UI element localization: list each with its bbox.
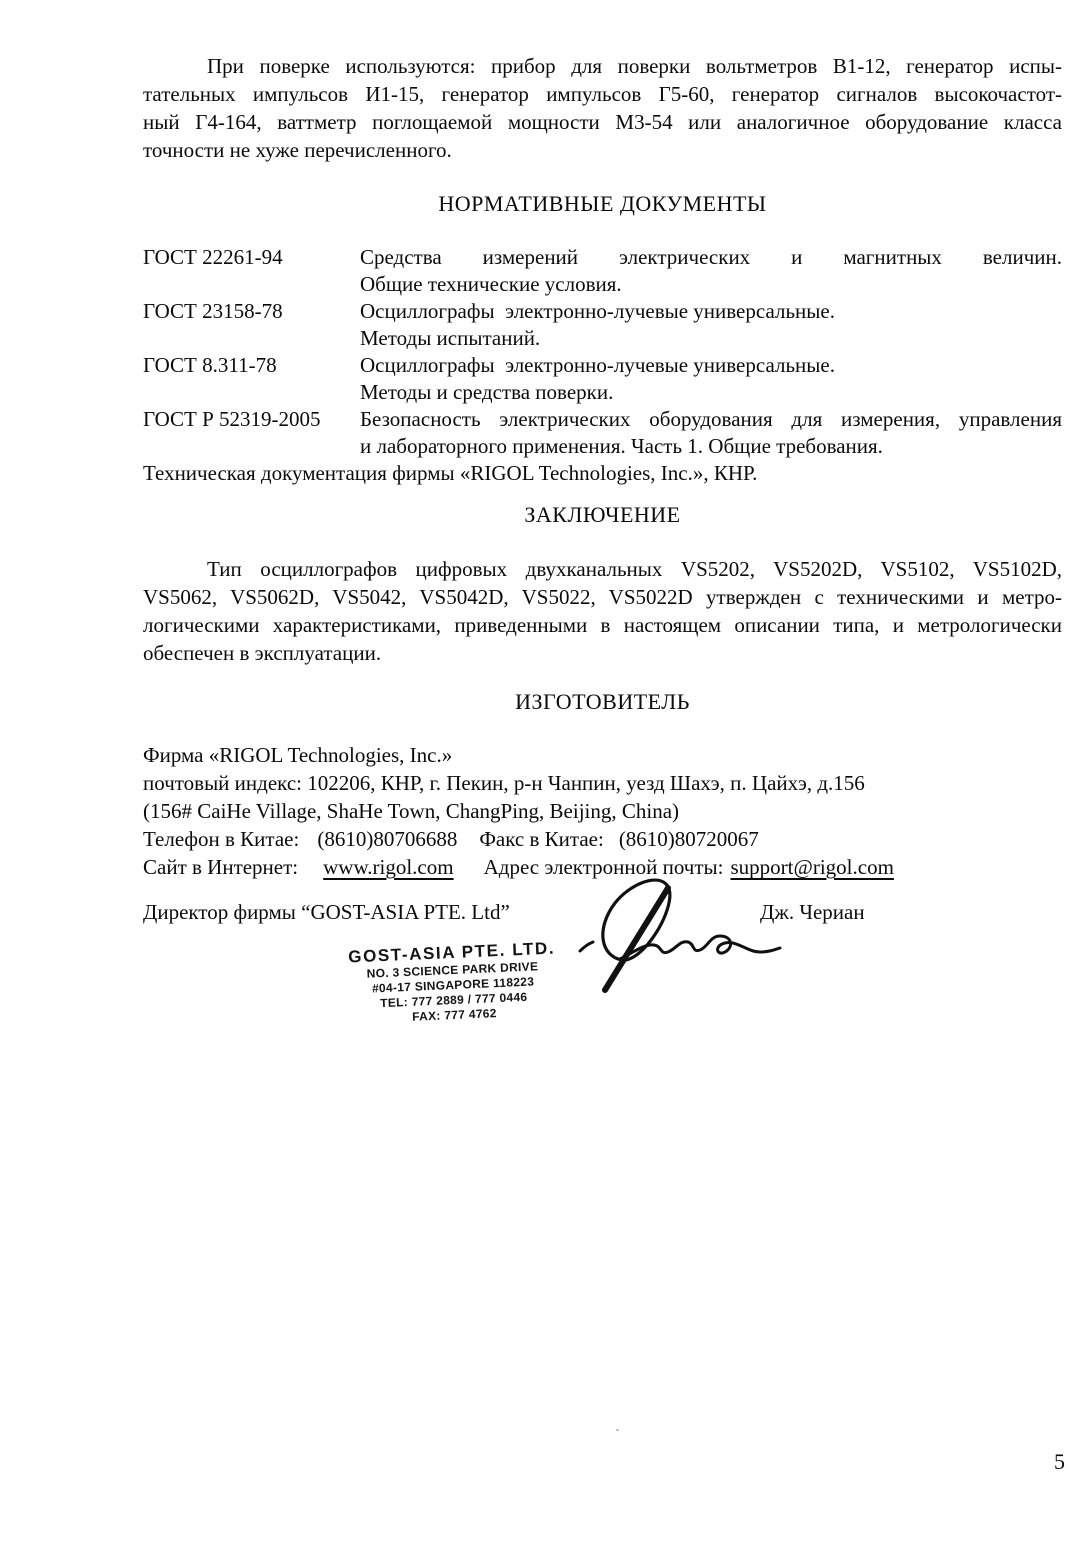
gost-description-line: и лабораторного применения. Часть 1. Общ… [360,433,1062,460]
fax-number: (8610)80720067 [619,827,759,851]
gost-row: ГОСТ Р 52319-2005 Безопасность электриче… [143,406,1062,460]
gost-description-line: Методы и средства поверки. [360,379,1062,406]
paragraph-line: обеспечен в эксплуатации. [143,639,1062,667]
normative-documents-table: ГОСТ 22261-94 Средства измерений электри… [143,244,1062,487]
website-link[interactable]: www.rigol.com [323,855,453,879]
technical-documentation-line: Техническая документация фирмы «RIGOL Te… [143,460,1062,487]
page-number: 5 [1054,1448,1065,1476]
document-content: При поверке используются: прибор для пов… [143,52,1062,926]
phone-number: (8610)80706688 [317,827,457,851]
gost-code: ГОСТ Р 52319-2005 [143,406,360,460]
paragraph-line: ный Г4-164, ваттметр поглощаемой мощност… [143,108,1062,136]
document-page: При поверке используются: прибор для пов… [0,0,1086,1560]
manufacturer-heading: ИЗГОТОВИТЕЛЬ [143,688,1062,716]
paragraph-line: логическими характеристиками, приведенны… [143,611,1062,639]
gost-code: ГОСТ 22261-94 [143,244,360,298]
gost-description-line: Общие технические условия. [360,271,1062,298]
gost-description-line: Методы испытаний. [360,325,1062,352]
english-address-line: (156# CaiHe Village, ShaHe Town, ChangPi… [143,797,1062,825]
scan-speck [616,1429,619,1431]
director-title: Директор фирмы “GOST-ASIA PTE. Ltd” [143,900,510,924]
gost-description: Средства измерений электрических и магни… [360,244,1062,298]
gost-description: Безопасность электрических оборудования … [360,406,1062,460]
gost-description-line: Осциллографы электронно-лучевые универса… [360,352,1062,379]
conclusion-heading: ЗАКЛЮЧЕНИЕ [143,501,1062,529]
intro-paragraph: При поверке используются: прибор для пов… [143,52,1062,164]
gost-description: Осциллографы электронно-лучевые универса… [360,352,1062,406]
company-name-line: Фирма «RIGOL Technologies, Inc.» [143,741,1062,769]
phone-label: Телефон в Китае: [143,827,299,851]
paragraph-line: При поверке используются: прибор для пов… [143,52,1062,80]
conclusion-paragraph: Тип осциллографов цифровых двухканальных… [143,555,1062,667]
paragraph-line: Тип осциллографов цифровых двухканальных… [143,555,1062,583]
signature-scribble [560,868,790,1003]
normative-documents-heading: НОРМАТИВНЫЕ ДОКУМЕНТЫ [143,190,1062,218]
gost-row: ГОСТ 22261-94 Средства измерений электри… [143,244,1062,298]
manufacturer-block: Фирма «RIGOL Technologies, Inc.» почтовы… [143,741,1062,881]
gost-description-line: Средства измерений электрических и магни… [360,244,1062,271]
company-stamp: GOST-ASIA PTE. LTD. NO. 3 SCIENCE PARK D… [341,937,564,1028]
gost-row: ГОСТ 8.311-78 Осциллографы электронно-лу… [143,352,1062,406]
gost-code: ГОСТ 23158-78 [143,298,360,352]
paragraph-line: тательных импульсов И1-15, генератор имп… [143,80,1062,108]
paragraph-line: точности не хуже перечисленного. [143,136,1062,164]
postal-address-line: почтовый индекс: 102206, КНР, г. Пекин, … [143,769,1062,797]
gost-description-line: Осциллографы электронно-лучевые универса… [360,298,1062,325]
gost-description-line: Безопасность электрических оборудования … [360,406,1062,433]
website-label: Сайт в Интернет: [143,855,298,879]
fax-label: Факс в Китае: [479,827,603,851]
paragraph-line: VS5062, VS5062D, VS5042, VS5042D, VS5022… [143,583,1062,611]
gost-row: ГОСТ 23158-78 Осциллографы электронно-лу… [143,298,1062,352]
gost-code: ГОСТ 8.311-78 [143,352,360,406]
gost-description: Осциллографы электронно-лучевые универса… [360,298,1062,352]
phone-fax-line: Телефон в Китае:(8610)80706688Факс в Кит… [143,825,1062,853]
